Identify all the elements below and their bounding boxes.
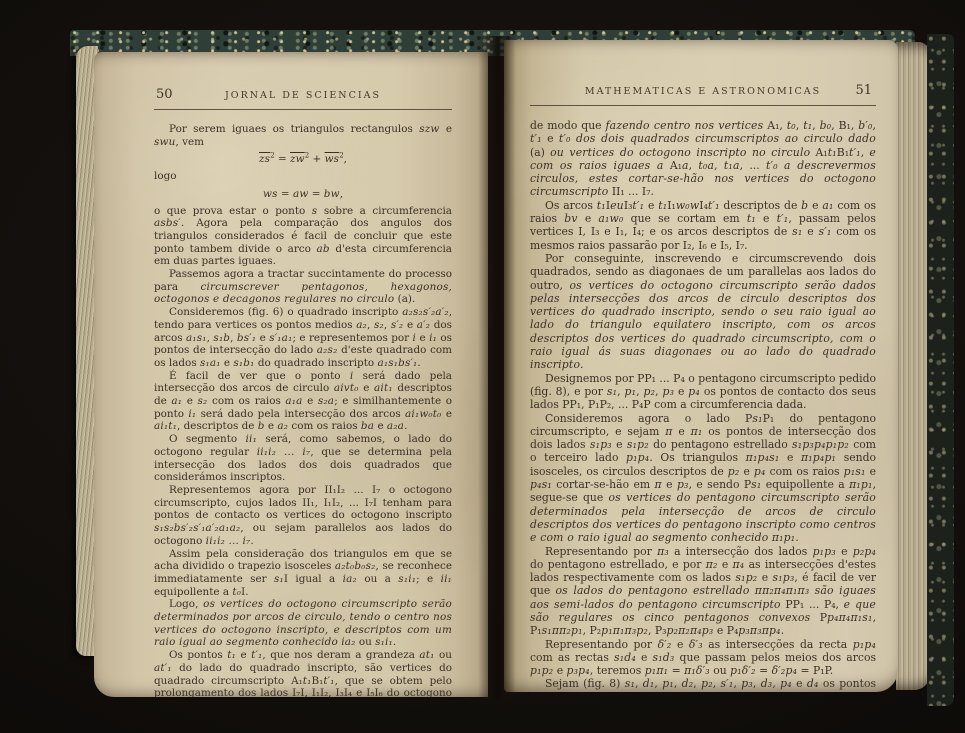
paragraph: Consideremos agora o lado Ps₁P₁ do penta… bbox=[530, 412, 876, 545]
left-page-header: 50 Jornal de Sciencias bbox=[154, 90, 452, 106]
paragraph: Logo, os vertices do octogono circumscri… bbox=[154, 598, 452, 649]
paragraph: Representando por δ′₂ e δ′₃ as intersecç… bbox=[530, 638, 876, 678]
right-fore-edge-pages bbox=[896, 42, 930, 690]
paragraph: Por serem iguaes os triangulos rectangul… bbox=[154, 123, 452, 148]
paragraph: É facil de ver que o ponto i será dado p… bbox=[154, 370, 452, 434]
paragraph: Representemos agora por II₁I₂ ... I₇ o o… bbox=[154, 484, 452, 548]
left-page: 50 Jornal de Sciencias Por serem iguaes … bbox=[94, 52, 488, 697]
paragraph: Representando por π₃ a intersecção dos l… bbox=[530, 545, 876, 638]
right-marbled-cover bbox=[927, 34, 954, 706]
right-page-content: Mathematicas e Astronomicas 51 de modo q… bbox=[504, 40, 898, 692]
left-page-paragraphs: Por serem iguaes os triangulos rectangul… bbox=[154, 123, 452, 697]
right-header-rule bbox=[530, 105, 876, 106]
right-running-header: Mathematicas e Astronomicas bbox=[530, 86, 876, 97]
formula-line: ws = aw = bw, bbox=[154, 188, 452, 201]
paragraph: Consideremos (fig. 6) o quadrado inscrip… bbox=[154, 306, 452, 370]
paragraph: de modo que fazendo centro nos vertices … bbox=[530, 119, 876, 199]
paragraph: Sejam (fig. 8) s₁, d₁, p₁, d₂, p₂, s′₁, … bbox=[530, 677, 876, 692]
right-page-number: 51 bbox=[855, 83, 872, 98]
paragraph: Os pontos t₁ e t′₁, que nos deram a gran… bbox=[154, 649, 452, 697]
paragraph: o que prova estar o ponto s sobre a circ… bbox=[154, 205, 452, 269]
paragraph: Assim pela consideração dos triangulos e… bbox=[154, 548, 452, 599]
formula-line: zs2 = zw2 + ws2, bbox=[154, 153, 452, 166]
open-book-photo: 50 Jornal de Sciencias Por serem iguaes … bbox=[0, 0, 965, 733]
left-header-rule bbox=[154, 109, 452, 110]
right-page-header: Mathematicas e Astronomicas 51 bbox=[530, 86, 876, 102]
paragraph: Passemos agora a tractar succintamente d… bbox=[154, 268, 452, 306]
left-running-header: Jornal de Sciencias bbox=[154, 90, 452, 101]
paragraph: Designemos por PP₁ ... P₄ o pentagono ci… bbox=[530, 372, 876, 412]
paragraph: O segmento ii₁ será, como sabemos, o lad… bbox=[154, 433, 452, 484]
right-page: Mathematicas e Astronomicas 51 de modo q… bbox=[504, 40, 898, 692]
right-page-paragraphs: de modo que fazendo centro nos vertices … bbox=[530, 119, 876, 692]
paragraph: Por conseguinte, inscrevendo e circumscr… bbox=[530, 252, 876, 372]
left-page-content: 50 Jornal de Sciencias Por serem iguaes … bbox=[94, 52, 488, 697]
paragraph: Os arcos t₁IeuI₃t′₁ e t₁I₁w₀wI₄t′₁ descr… bbox=[530, 199, 876, 252]
paragraph: logo bbox=[154, 170, 452, 183]
